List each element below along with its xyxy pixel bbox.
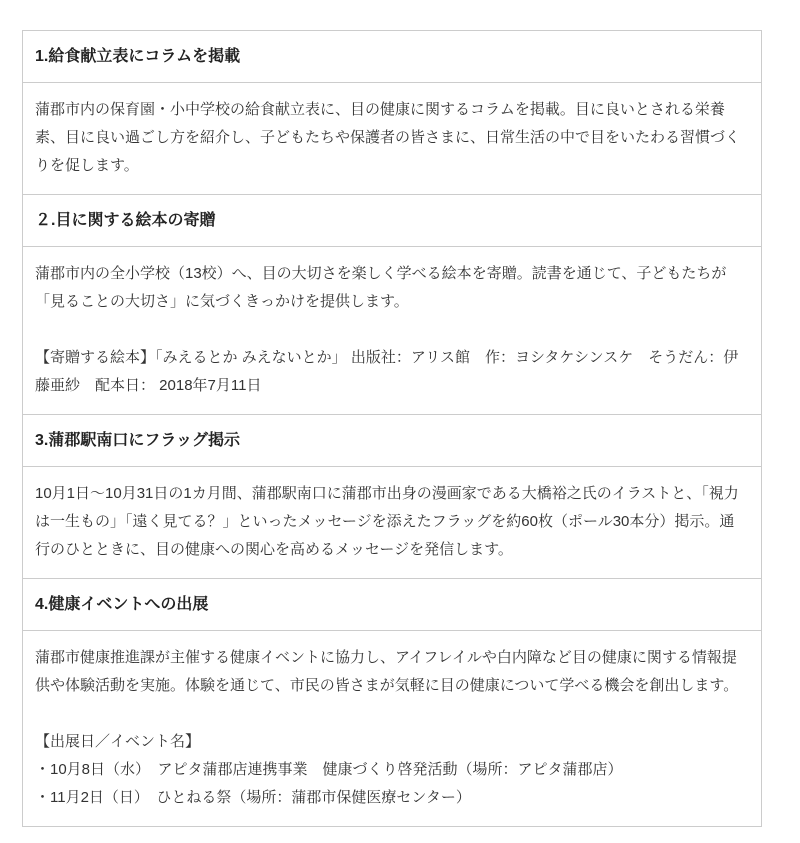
- paragraph-text: 【寄贈する絵本】「みえるとか みえないとか」 出版社：アリス館 作：ヨシタケシン…: [35, 344, 749, 400]
- event-list-title: 【出展日／イベント名】: [35, 728, 749, 756]
- section-4-body-row: 蒲郡市健康推進課が主催する健康イベントに協力し、アイフレイルや白内障など目の健康…: [23, 630, 761, 826]
- section-4-heading-row: 4.健康イベントへの出展: [23, 578, 761, 630]
- section-2-book-details: 【寄贈する絵本】「みえるとか みえないとか」 出版社：アリス館 作：ヨシタケシン…: [35, 344, 749, 400]
- section-4-heading: 4.健康イベントへの出展: [35, 595, 749, 615]
- paragraph-text: 10月1日～10月31日の1カ月間、蒲郡駅南口に蒲郡市出身の漫画家である大橋裕之…: [35, 480, 749, 564]
- section-2-body-row: 蒲郡市内の全小学校（13校）へ、目の大切さを楽しく学べる絵本を寄贈。読書を通じて…: [23, 246, 761, 414]
- event-list-item-1: ・10月8日（水） アピタ蒲郡店連携事業 健康づくり啓発活動（場所：アピタ蒲郡店…: [35, 756, 749, 784]
- section-1-paragraph: 蒲郡市内の保育園・小中学校の給食献立表に、目の健康に関するコラムを掲載。目に良い…: [35, 96, 749, 180]
- paragraph-text: 蒲郡市内の全小学校（13校）へ、目の大切さを楽しく学べる絵本を寄贈。読書を通じて…: [35, 260, 749, 316]
- section-2-heading: ２.目に関する絵本の寄贈: [35, 211, 749, 231]
- initiatives-table: 1.給食献立表にコラムを掲載 蒲郡市内の保育園・小中学校の給食献立表に、目の健康…: [22, 30, 762, 827]
- section-2-paragraph: 蒲郡市内の全小学校（13校）へ、目の大切さを楽しく学べる絵本を寄贈。読書を通じて…: [35, 260, 749, 316]
- section-4-event-list: 【出展日／イベント名】 ・10月8日（水） アピタ蒲郡店連携事業 健康づくり啓発…: [35, 728, 749, 812]
- section-3-paragraph: 10月1日～10月31日の1カ月間、蒲郡駅南口に蒲郡市出身の漫画家である大橋裕之…: [35, 480, 749, 564]
- event-list-item-2: ・11月2日（日） ひとねる祭（場所：蒲郡市保健医療センター）: [35, 784, 749, 812]
- section-3-body-row: 10月1日～10月31日の1カ月間、蒲郡駅南口に蒲郡市出身の漫画家である大橋裕之…: [23, 466, 761, 578]
- paragraph-text: 蒲郡市内の保育園・小中学校の給食献立表に、目の健康に関するコラムを掲載。目に良い…: [35, 96, 749, 180]
- section-1-heading: 1.給食献立表にコラムを掲載: [35, 47, 749, 67]
- document-page: 1.給食献立表にコラムを掲載 蒲郡市内の保育園・小中学校の給食献立表に、目の健康…: [0, 0, 800, 843]
- paragraph-text: 蒲郡市健康推進課が主催する健康イベントに協力し、アイフレイルや白内障など目の健康…: [35, 644, 749, 700]
- section-2-heading-row: ２.目に関する絵本の寄贈: [23, 194, 761, 246]
- section-4-paragraph: 蒲郡市健康推進課が主催する健康イベントに協力し、アイフレイルや白内障など目の健康…: [35, 644, 749, 700]
- section-3-heading-row: 3.蒲郡駅南口にフラッグ掲示: [23, 414, 761, 466]
- section-3-heading: 3.蒲郡駅南口にフラッグ掲示: [35, 431, 749, 451]
- section-1-body-row: 蒲郡市内の保育園・小中学校の給食献立表に、目の健康に関するコラムを掲載。目に良い…: [23, 82, 761, 194]
- section-1-heading-row: 1.給食献立表にコラムを掲載: [23, 31, 761, 82]
